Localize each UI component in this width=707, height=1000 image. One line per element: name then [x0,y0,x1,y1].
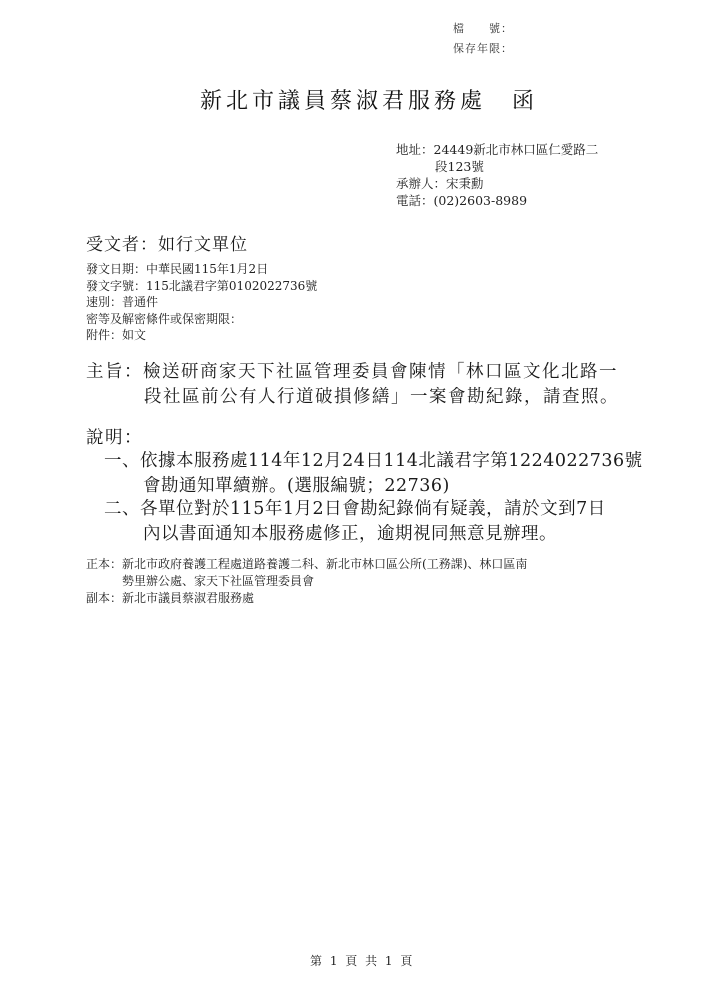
document-fields: 發文日期：中華民國115年1月2日 發文字號：115北議君字第010202273… [86,261,317,344]
address-line2: 段123號 [396,158,598,175]
field-label: 發文字號： [86,279,146,293]
distribution-block: 正本：新北市政府養護工程處道路養護二科、新北市林口區公所(工務課)、林口區南 勢… [86,556,527,607]
field-value: 中華民國115年1月2日 [146,262,268,276]
field-label: 發文日期： [86,262,146,276]
handler-label: 承辦人： [396,176,446,191]
file-number-label: 檔 號： [453,20,513,36]
field-value: 普通件 [122,295,158,309]
original-text-2: 勢里辦公處、家天下社區管理委員會 [86,573,527,590]
field-label: 附件： [86,328,122,342]
subject-block: 主旨：檢送研商家天下社區管理委員會陳情「林口區文化北路一 段社區前公有人行道破損… [86,360,619,410]
field-classification: 密等及解密條件或保密期限： [86,311,317,328]
original-label: 正本： [86,557,122,571]
address-label: 地址： [396,142,434,157]
field-label: 密等及解密條件或保密期限： [86,312,242,326]
item-number: 一、 [104,451,140,471]
copy-label: 副本： [86,591,122,605]
subject-text-1: 檢送研商家天下社區管理委員會陳情「林口區文化北路一 [143,362,618,382]
description-label: 說明： [86,424,143,449]
page-number: 第 1 頁 共 1 頁 [310,952,414,969]
address-value: 24449新北市林口區仁愛路二 [434,142,599,157]
retention-label: 保存年限： [453,40,513,56]
item-number: 二、 [104,499,140,519]
field-issue-number: 發文字號：115北議君字第0102022736號 [86,278,317,295]
document-title: 新北市議員蔡淑君服務處 函 [200,84,538,115]
recipient-line: 受文者：如行文單位 [86,230,248,255]
description-item-2: 二、各單位對於115年1月2日會勘紀錄倘有疑義，請於文到7日 內以書面通知本服務… [104,497,606,547]
phone-value: (02)2603-8989 [434,193,528,208]
field-attachment: 附件：如文 [86,327,317,344]
field-value: 如文 [122,328,146,342]
item-text: 各單位對於115年1月2日會勘紀錄倘有疑義，請於文到7日 [140,499,606,519]
description-item-1: 一、依據本服務處114年12月24日114北議君字第1224022736號 會勘… [104,449,643,499]
field-value: 115北議君字第0102022736號 [146,279,317,293]
recipient-label: 受文者： [86,235,158,255]
field-label: 速別： [86,295,122,309]
contact-block: 地址：24449新北市林口區仁愛路二 段123號 承辦人：宋秉勳 電話：(02)… [396,141,598,209]
phone-line: 電話：(02)2603-8989 [396,192,598,209]
original-text-1: 新北市政府養護工程處道路養護二科、新北市林口區公所(工務課)、林口區南 [122,557,527,571]
handler-value: 宋秉勳 [446,176,484,191]
copy-text: 新北市議員蔡淑君服務處 [122,591,254,605]
original-recipients: 正本：新北市政府養護工程處道路養護二科、新北市林口區公所(工務課)、林口區南 [86,556,527,573]
handler-line: 承辦人：宋秉勳 [396,175,598,192]
subject-line2: 段社區前公有人行道破損修繕」一案會勘紀錄，請查照。 [86,385,619,410]
copy-recipients: 副本：新北市議員蔡淑君服務處 [86,590,527,607]
phone-label: 電話： [396,193,434,208]
address-line1: 地址：24449新北市林口區仁愛路二 [396,141,598,158]
item-text: 依據本服務處114年12月24日114北議君字第1224022736號 [140,451,643,471]
field-issue-date: 發文日期：中華民國115年1月2日 [86,261,317,278]
subject-line1: 主旨：檢送研商家天下社區管理委員會陳情「林口區文化北路一 [86,360,619,385]
item-text-cont: 內以書面通知本服務處修正，逾期視同無意見辦理。 [104,522,606,547]
field-speed: 速別：普通件 [86,294,317,311]
item-text-cont: 會勘通知單續辦。(選服編號；22736) [104,474,643,499]
subject-label: 主旨： [86,362,143,382]
recipient-value: 如行文單位 [158,235,248,255]
